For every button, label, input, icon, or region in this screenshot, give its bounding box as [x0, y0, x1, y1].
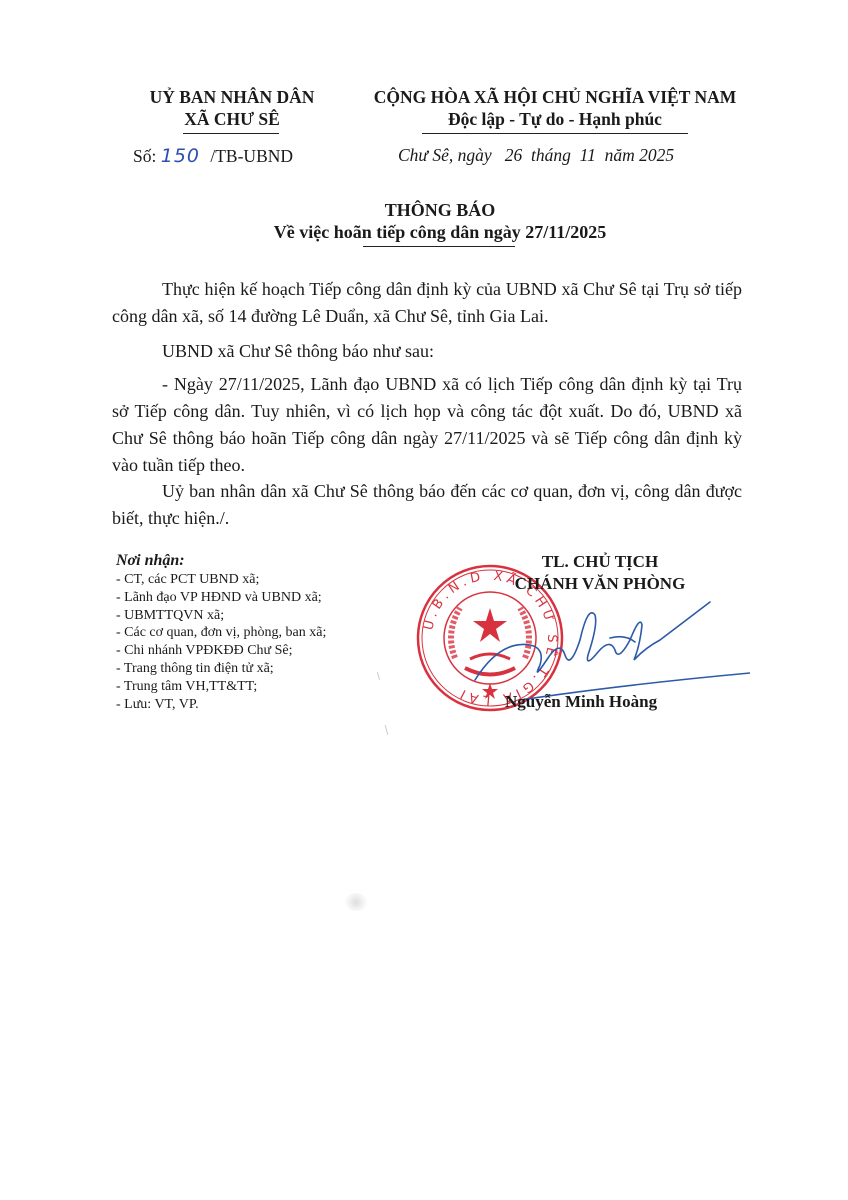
recipient-item: - Lưu: VT, VP. — [116, 696, 406, 714]
document-number: Số: 150 /TB-UBND — [133, 145, 293, 167]
handwritten-number: 150 — [161, 145, 200, 167]
handwritten-signature-icon — [420, 570, 750, 710]
motto-underline — [422, 133, 688, 134]
issuing-agency: UỶ BAN NHÂN DÂN XÃ CHƯ SÊ — [132, 86, 332, 130]
recipient-item: - CT, các PCT UBND xã; — [116, 571, 406, 589]
document-title: THÔNG BÁO Về việc hoãn tiếp công dân ngà… — [150, 199, 730, 243]
title-main: THÔNG BÁO — [150, 199, 730, 221]
recipient-item: - Trung tâm VH,TT&TT; — [116, 678, 406, 696]
scan-speck — [385, 725, 389, 735]
body-paragraph: UBND xã Chư Sê thông báo như sau: — [112, 338, 742, 365]
body-paragraph: Uỷ ban nhân dân xã Chư Sê thông báo đến … — [112, 478, 742, 532]
recipient-item: - Các cơ quan, đơn vị, phòng, ban xã; — [116, 624, 406, 642]
body-paragraph: - Ngày 27/11/2025, Lãnh đạo UBND xã có l… — [112, 371, 742, 479]
agency-underline — [183, 133, 279, 134]
recipients-title: Nơi nhận: — [116, 551, 406, 571]
country-name: CỘNG HÒA XÃ HỘI CHỦ NGHĨA VIỆT NAM — [355, 86, 755, 108]
doc-number-suffix: /TB-UBND — [210, 146, 293, 166]
scan-smudge — [345, 893, 367, 911]
signer-name: Nguyễn Minh Hoàng — [505, 692, 657, 712]
title-underline — [363, 246, 515, 247]
agency-line-1: UỶ BAN NHÂN DÂN — [132, 86, 332, 108]
motto: Độc lập - Tự do - Hạnh phúc — [355, 108, 755, 130]
recipient-item: - Chi nhánh VPĐKĐĐ Chư Sê; — [116, 642, 406, 660]
agency-line-2: XÃ CHƯ SÊ — [132, 108, 332, 130]
doc-number-prefix: Số: — [133, 146, 156, 166]
recipient-item: - Lãnh đạo VP HĐND và UBND xã; — [116, 589, 406, 607]
recipient-item: - Trang thông tin điện tử xã; — [116, 660, 406, 678]
national-motto: CỘNG HÒA XÃ HỘI CHỦ NGHĨA VIỆT NAM Độc l… — [355, 86, 755, 130]
document-date: Chư Sê, ngày 26 tháng 11 năm 2025 — [398, 145, 674, 166]
title-subtitle: Về việc hoãn tiếp công dân ngày 27/11/20… — [150, 221, 730, 243]
recipients-list: Nơi nhận: - CT, các PCT UBND xã; - Lãnh … — [116, 551, 406, 713]
recipient-item: - UBMTTQVN xã; — [116, 607, 406, 625]
body-paragraph: Thực hiện kế hoạch Tiếp công dân định kỳ… — [112, 276, 742, 330]
